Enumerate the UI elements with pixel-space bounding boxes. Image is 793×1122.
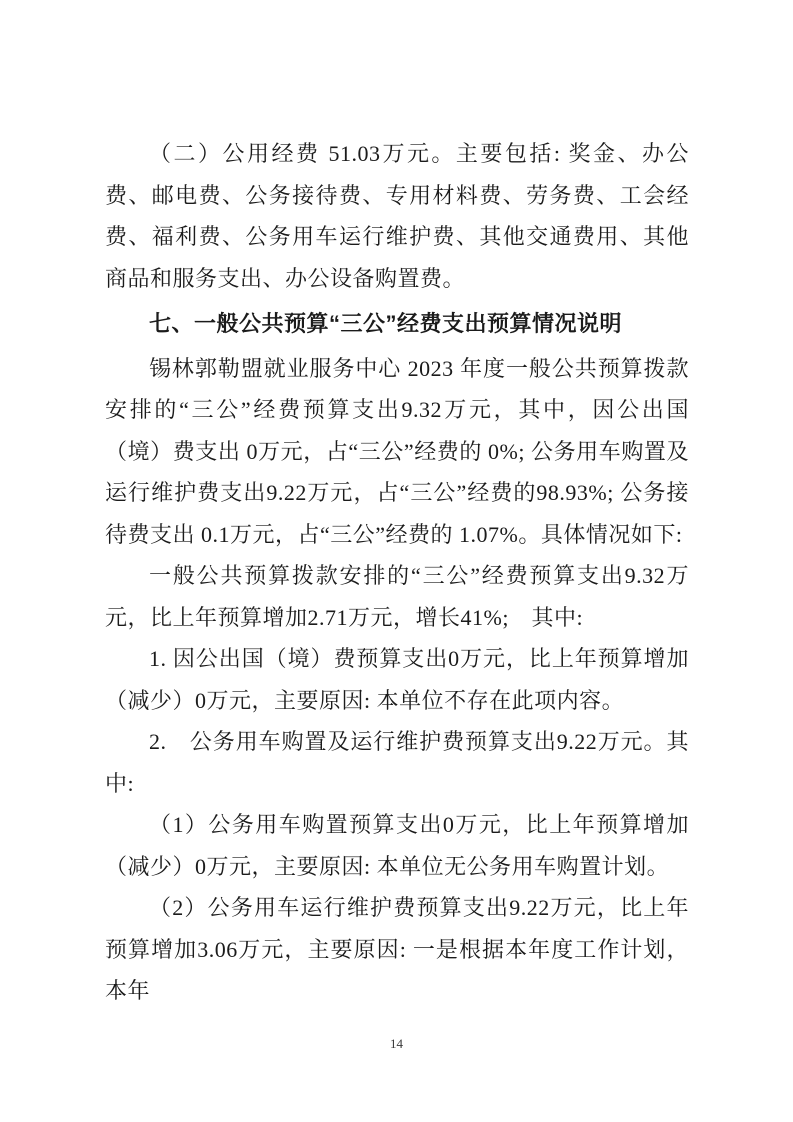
document-page: （二）公用经费 51.03万元。主要包括: 奖金、办公费、邮电费、公务接待费、专…	[0, 0, 793, 1122]
paragraph-item-2-1-purchase: （1）公务用车购置预算支出0万元，比上年预算增加（减少）0万元，主要原因: 本单…	[105, 804, 689, 887]
paragraph-public-funds: （二）公用经费 51.03万元。主要包括: 奖金、办公费、邮电费、公务接待费、专…	[105, 133, 689, 299]
page-number: 14	[0, 1036, 793, 1052]
paragraph-item-2-vehicle: 2. 公务用车购置及运行维护费预算支出9.22万元。其中:	[105, 721, 689, 804]
paragraph-item-1-abroad: 1. 因公出国（境）费预算支出0万元，比上年预算增加（减少）0万元，主要原因: …	[105, 638, 689, 721]
paragraph-item-2-2-maintenance: （2）公务用车运行维护费预算支出9.22万元，比上年预算增加3.06万元，主要原…	[105, 887, 689, 1012]
document-body: （二）公用经费 51.03万元。主要包括: 奖金、办公费、邮电费、公务接待费、专…	[105, 133, 689, 1012]
section-heading-seven: 七、一般公共预算“三公”经费支出预算情况说明	[105, 303, 689, 345]
paragraph-three-public-overview: 锡林郭勒盟就业服务中心 2023 年度一般公共预算拨款安排的“三公”经费预算支出…	[105, 348, 689, 556]
paragraph-budget-increase: 一般公共预算拨款安排的“三公”经费预算支出9.32万元，比上年预算增加2.71万…	[105, 555, 689, 638]
